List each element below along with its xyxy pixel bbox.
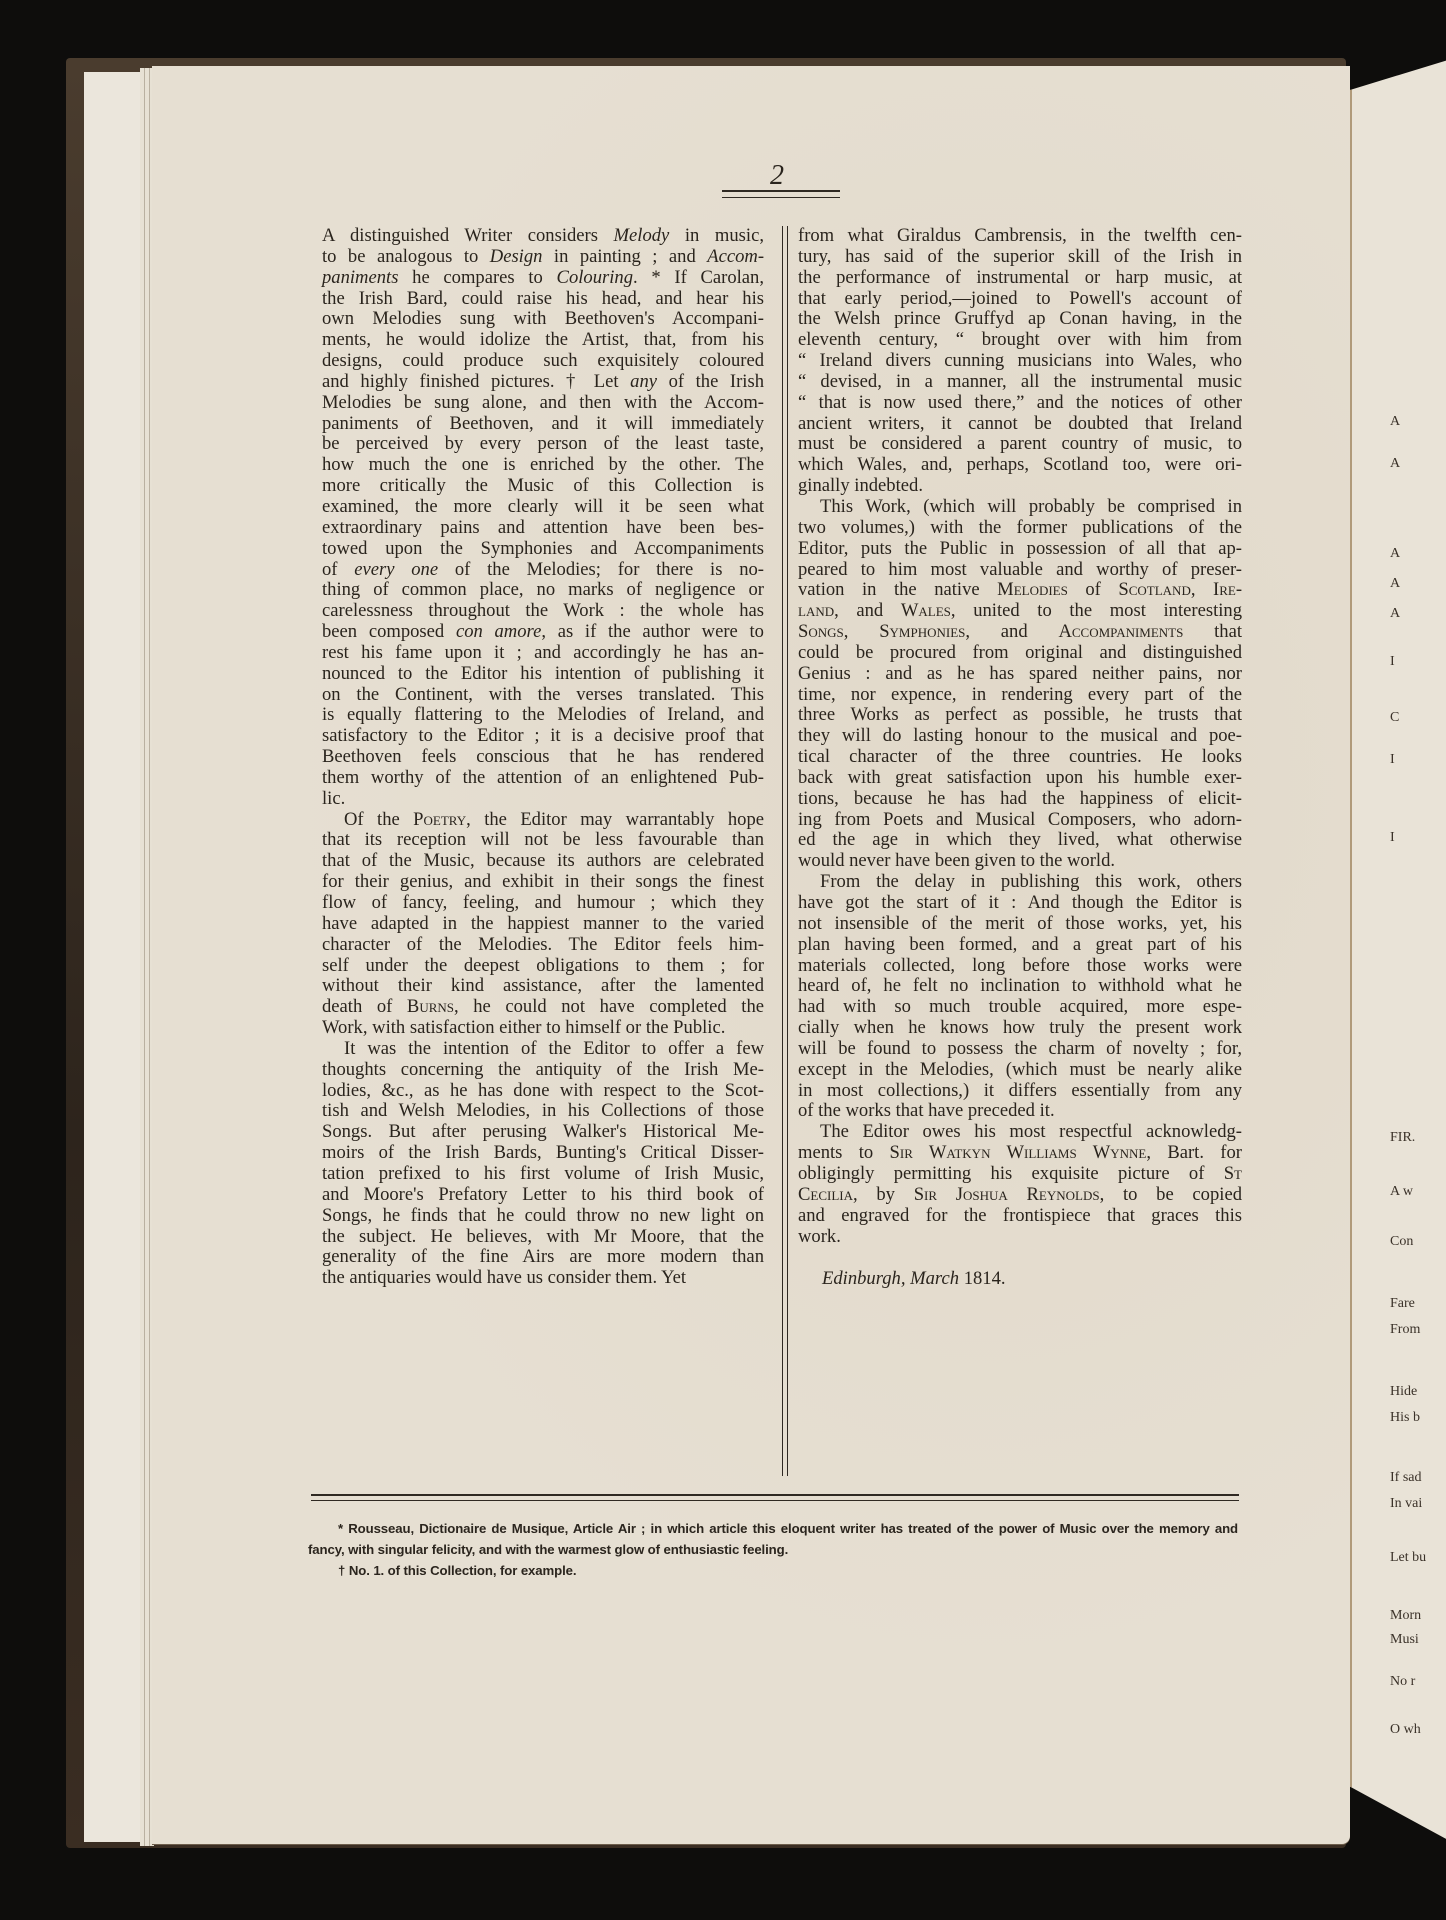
text-line: back with great satisfaction upon his hu… [798,768,1242,789]
footnotes: * Rousseau, Dictionaire de Musique, Arti… [308,1518,1238,1581]
text-line: extraordinary pains and attention have b… [322,518,764,539]
text-line: paniments he compares to Colouring. * If… [322,268,764,289]
text-line: lic. [322,789,764,810]
text-line: Songs, he finds that he could throw no n… [322,1206,764,1227]
text-line: tation prefixed to his first volume of I… [322,1164,764,1185]
text-line: It was the intention of the Editor to of… [322,1039,764,1060]
facing-page-text-fragment: A [1390,456,1400,472]
facing-page-text-fragment: I [1390,830,1395,846]
text-line: Melodies be sung alone, and then with th… [322,393,764,414]
text-line: designs, could produce such exquisitely … [322,351,764,372]
text-line: flow of fancy, feeling, and humour ; whi… [322,893,764,914]
footnote-text: No. 1. of this Collection, for example. [349,1563,577,1578]
facing-page-text-fragment: I [1390,654,1395,670]
paragraph: A distinguished Writer considers Melody … [322,226,764,810]
text-line: must be considered a parent country of m… [798,434,1242,455]
text-line: that early period,—joined to Powell's ac… [798,289,1242,310]
page-number: 2 [770,160,784,192]
text-line: without their kind assistance, after the… [322,976,764,997]
text-line: in most collections,) it differs essenti… [798,1081,1242,1102]
text-line: the Welsh prince Gruffyd ap Conan having… [798,309,1242,330]
facing-page-text-fragment: Let bu [1390,1550,1426,1566]
footnote-collection: † No. 1. of this Collection, for example… [308,1560,1238,1581]
text-line: death of Burns, he could not have comple… [322,997,764,1018]
text-line: ments, he would idolize the Artist, that… [322,330,764,351]
text-line: to be analogous to Design in painting ; … [322,247,764,268]
footnote-mark: * [338,1521,343,1536]
text-line: Beethoven feels conscious that he has re… [322,747,764,768]
text-line: heard of, he felt no inclination to with… [798,976,1242,997]
text-line: tish and Welsh Melodies, in his Collecti… [322,1101,764,1122]
footnote-rule [311,1494,1239,1501]
text-line: thoughts concerning the antiquity of the… [322,1060,764,1081]
text-line: could be procured from original and dist… [798,643,1242,664]
text-line: eleventh century, “ brought over with hi… [798,330,1242,351]
text-line: tury, has said of the superior skill of … [798,247,1242,268]
paragraph: from what Giraldus Cambrensis, in the tw… [798,226,1242,497]
text-line: on the Continent, with the verses transl… [322,685,764,706]
text-line: materials collected, long before those w… [798,956,1242,977]
text-line: work. [798,1227,1242,1248]
text-line: generality of the fine Airs are more mod… [322,1247,764,1268]
facing-page-text-fragment: In vai [1390,1496,1422,1512]
text-line: and engraved for the frontispiece that g… [798,1206,1242,1227]
footnote-mark: † [338,1563,345,1578]
footnote-text: Rousseau, Dictionaire de Musique, Articl… [308,1521,1238,1557]
text-line: rest his fame upon it ; and accordingly … [322,643,764,664]
facing-page-text-fragment: A [1390,606,1400,622]
facing-page-text-fragment: A [1390,546,1400,562]
text-line: ing from Poets and Musical Composers, wh… [798,810,1242,831]
text-line: and highly finished pictures. † Let any … [322,372,764,393]
signature-dateline: Edinburgh, March 1814. [798,1269,1242,1290]
text-line: will be found to possess the charm of no… [798,1039,1242,1060]
text-line: and Moore's Prefatory Letter to his thir… [322,1185,764,1206]
text-line: tical character of the three countries. … [798,747,1242,768]
text-line: lodies, &c., as he has done with respect… [322,1081,764,1102]
paragraph: Of the Poetry, the Editor may warrantabl… [322,810,764,1039]
text-line: time, nor expence, in rendering every pa… [798,685,1242,706]
text-line: more critically the Music of this Collec… [322,476,764,497]
left-column: A distinguished Writer considers Melody … [322,226,764,1289]
facing-page-text-fragment: C [1390,710,1399,726]
text-line: thing of common place, no marks of negli… [322,580,764,601]
text-line: would never have been given to the world… [798,851,1242,872]
text-line: land, and Wales, united to the most inte… [798,601,1242,622]
facing-page-text-fragment: Hide [1390,1384,1417,1400]
text-line: they will do lasting honour to the music… [798,726,1242,747]
text-line: of every one of the Melodies; for there … [322,560,764,581]
facing-page-text-fragment: Morn [1390,1608,1421,1624]
text-line: two volumes,) with the former publicatio… [798,518,1242,539]
paragraph: The Editor owes his most respectful ackn… [798,1122,1242,1247]
text-line: of the works that have preceded it. [798,1101,1242,1122]
text-line: that of the Music, because its authors a… [322,851,764,872]
column-divider [782,226,788,1476]
facing-page-text-fragment: A w [1390,1184,1413,1200]
text-line: had with so much trouble acquired, more … [798,997,1242,1018]
text-line: self under the deepest obligations to th… [322,956,764,977]
text-line: From the delay in publishing this work, … [798,872,1242,893]
facing-page-text-fragment: His b [1390,1410,1420,1426]
text-line: them worthy of the attention of an enlig… [322,768,764,789]
page-number-rule [722,190,840,198]
text-line: Of the Poetry, the Editor may warrantabl… [322,810,764,831]
text-line: vation in the native Melodies of Scotlan… [798,580,1242,601]
text-line: “ devised, in a manner, all the instrume… [798,372,1242,393]
text-line: ancient writers, it cannot be doubted th… [798,414,1242,435]
text-line: towed upon the Symphonies and Accompanim… [322,539,764,560]
text-line: the subject. He believes, with Mr Moore,… [322,1227,764,1248]
text-line: from what Giraldus Cambrensis, in the tw… [798,226,1242,247]
text-line: for their genius, and exhibit in their s… [322,872,764,893]
text-line: satisfactory to the Editor ; it is a dec… [322,726,764,747]
footnote-rousseau: * Rousseau, Dictionaire de Musique, Arti… [308,1518,1238,1560]
text-line: ments to Sir Watkyn Williams Wynne, Bart… [798,1143,1242,1164]
text-line: how much the one is enriched by the othe… [322,455,764,476]
text-line: not insensible of the merit of those wor… [798,914,1242,935]
text-line: the Irish Bard, could raise his head, an… [322,289,764,310]
text-line: own Melodies sung with Beethoven's Accom… [322,309,764,330]
facing-page-text-fragment: Musi [1390,1632,1419,1648]
text-line: been composed con amore, as if the autho… [322,622,764,643]
text-line: that its reception will not be less favo… [322,830,764,851]
text-line: “ Ireland divers cunning musicians into … [798,351,1242,372]
facing-page-text-fragment: From [1390,1322,1420,1338]
text-line: is equally flattering to the Melodies of… [322,705,764,726]
facing-page-text-fragment: FIR. [1390,1130,1415,1146]
right-column: from what Giraldus Cambrensis, in the tw… [798,226,1242,1290]
text-line: carelessness throughout the Work : the w… [322,601,764,622]
text-line: ginally indebted. [798,476,1242,497]
facing-page-text-fragment: Fare [1390,1296,1415,1312]
facing-page-text-fragment: A [1390,576,1400,592]
facing-page-text-fragment: No r [1390,1674,1415,1690]
facing-page-text-fragment: Con [1390,1234,1413,1250]
text-line: Songs. But after perusing Walker's Histo… [322,1122,764,1143]
text-line: “ that is now used there,” and the notic… [798,393,1242,414]
paragraph: It was the intention of the Editor to of… [322,1039,764,1289]
text-line: paniments of Beethoven, and it will imme… [322,414,764,435]
text-line: moirs of the Irish Bards, Bunting's Crit… [322,1143,764,1164]
text-line: the performance of instrumental or harp … [798,268,1242,289]
text-line: except in the Melodies, (which must be n… [798,1060,1242,1081]
facing-page: AAAAAICIIFIR.A wConFareFromHideHis bIf s… [1350,60,1446,1840]
text-line: have got the start of it : And though th… [798,893,1242,914]
text-line: nounced to the Editor his intention of p… [322,664,764,685]
facing-page-text-fragment: A [1390,414,1400,430]
text-line: which Wales, and, perhaps, Scotland too,… [798,455,1242,476]
text-line: have adapted in the happiest manner to t… [322,914,764,935]
text-line: Cecilia, by Sir Joshua Reynolds, to be c… [798,1185,1242,1206]
text-line: be perceived by every person of the leas… [322,434,764,455]
text-line: examined, the more clearly will it be se… [322,497,764,518]
text-line: cially when he knows how truly the prese… [798,1018,1242,1039]
text-line: obligingly permitting his exquisite pict… [798,1164,1242,1185]
text-line: A distinguished Writer considers Melody … [322,226,764,247]
paragraph: This Work, (which will probably be compr… [798,497,1242,872]
text-line: Songs, Symphonies, and Accompaniments th… [798,622,1242,643]
text-line: the antiquaries would have us consider t… [322,1268,764,1289]
text-line: three Works as perfect as possible, he t… [798,705,1242,726]
text-line: ed the age in which they lived, what oth… [798,830,1242,851]
paragraph: From the delay in publishing this work, … [798,872,1242,1122]
facing-page-text-fragment: O wh [1390,1722,1421,1738]
text-line: Editor, puts the Public in possession of… [798,539,1242,560]
text-line: Work, with satisfaction either to himsel… [322,1018,764,1039]
text-line: The Editor owes his most respectful ackn… [798,1122,1242,1143]
text-line: tions, because he has had the happiness … [798,789,1242,810]
text-line: plan having been formed, and a great par… [798,935,1242,956]
text-line: character of the Melodies. The Editor fe… [322,935,764,956]
text-line: This Work, (which will probably be compr… [798,497,1242,518]
facing-page-text-fragment: I [1390,752,1395,768]
facing-page-text-fragment: If sad [1390,1470,1422,1486]
text-line: peared to him most valuable and worthy o… [798,560,1242,581]
text-line: Genius : and as he has spared neither pa… [798,664,1242,685]
